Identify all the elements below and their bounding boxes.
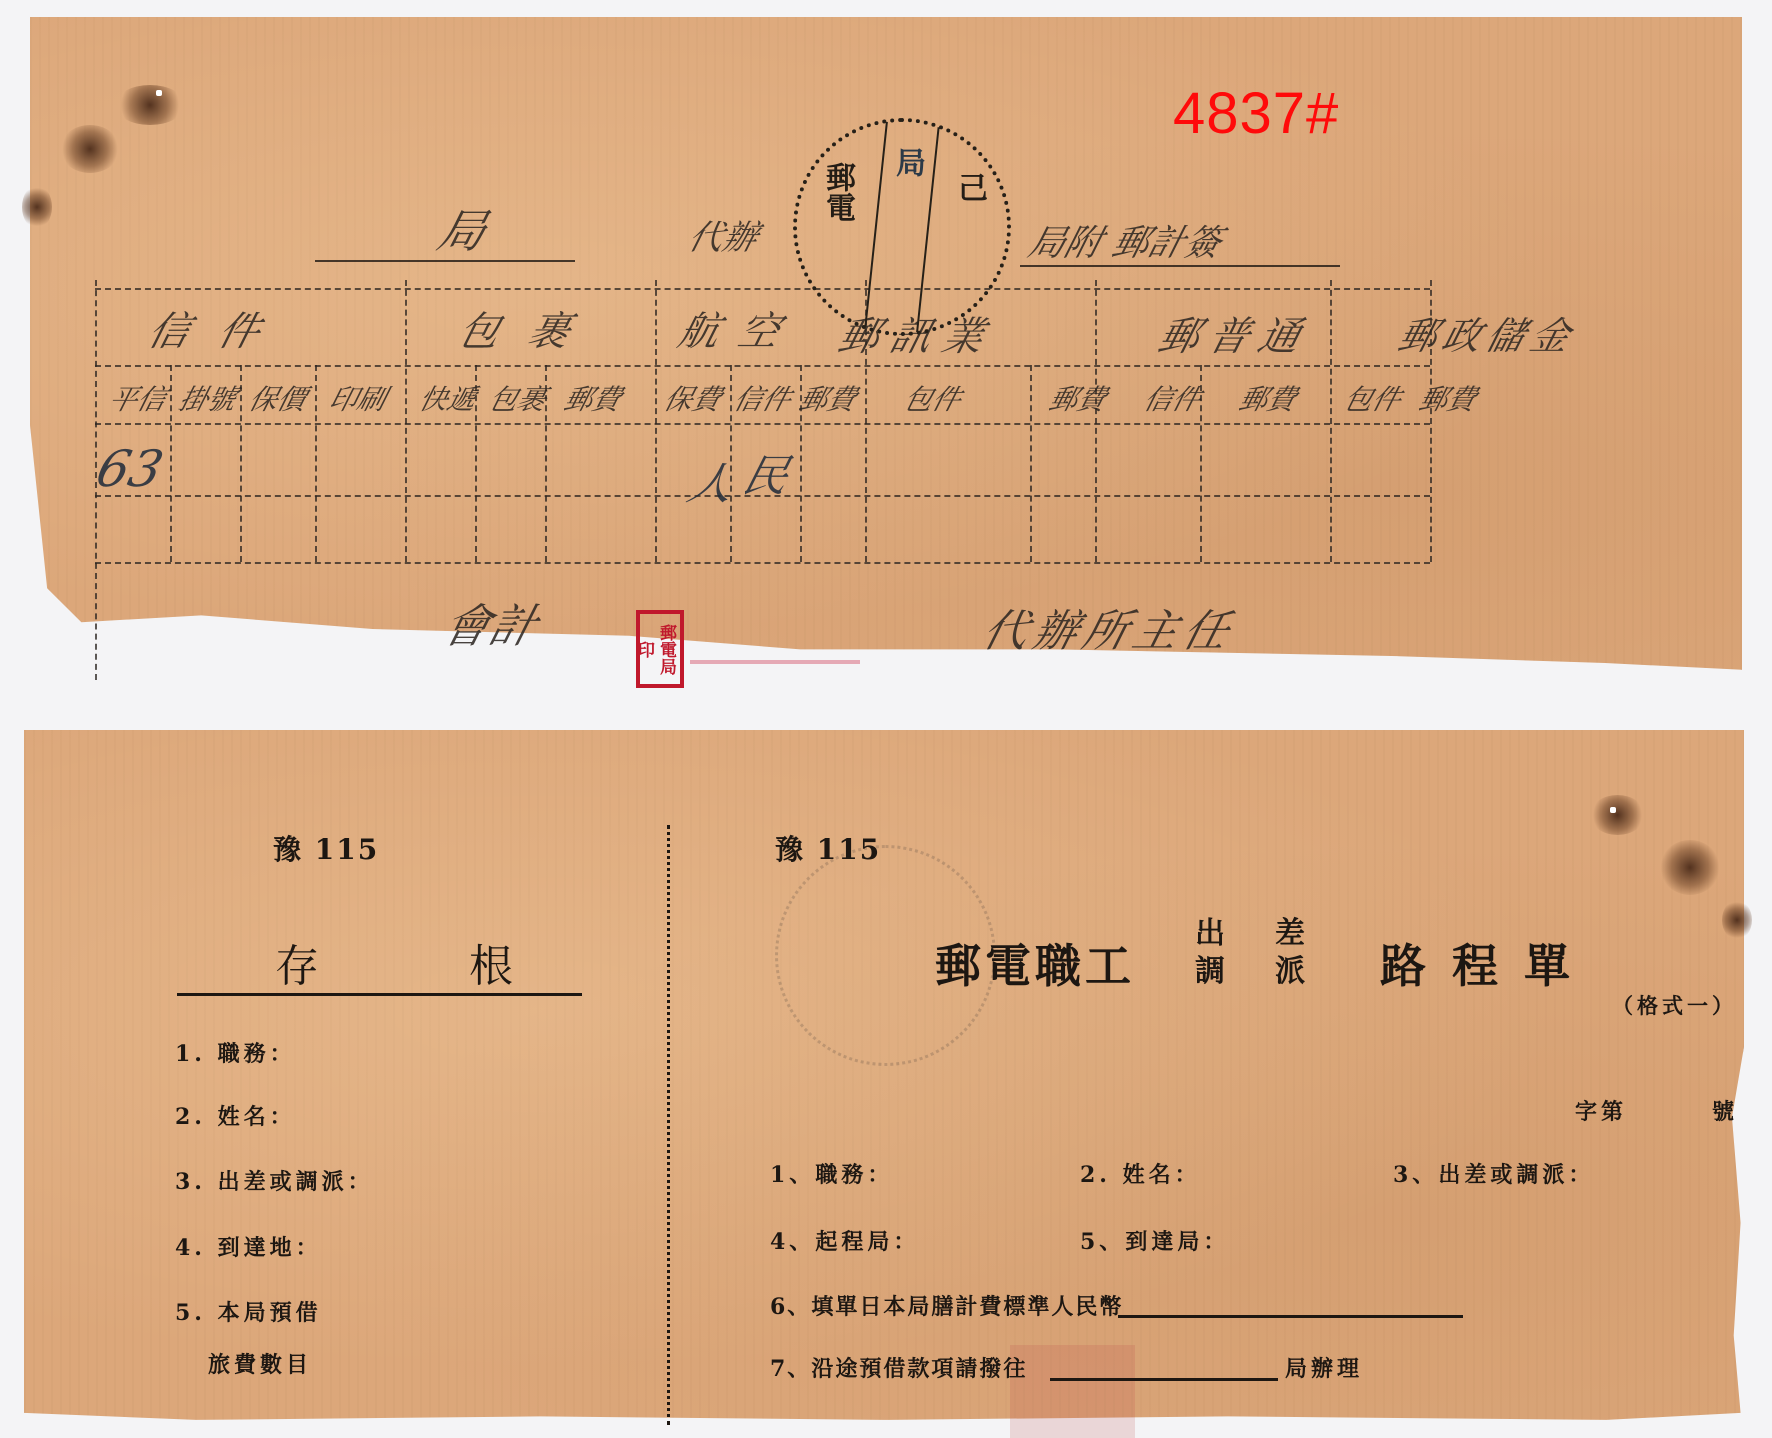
form-title-stack-1: 出調 (1195, 915, 1225, 991)
group-header: 包裹 (453, 300, 607, 357)
advance-office-suffix: 局辦理 (1285, 1352, 1363, 1383)
form-field-advance-office: 7、沿途預借款項請撥往 (770, 1352, 1027, 1383)
form-field-duty: 1、職務： (770, 1158, 893, 1189)
sub-header: 保費 (660, 378, 726, 418)
stub-field-destination: 4. 到達地： (175, 1231, 322, 1262)
pin-hole (156, 90, 162, 96)
serial-label-right: 號 (1712, 1095, 1738, 1126)
sub-header: 信件 (1140, 378, 1206, 418)
meal-allowance-blank[interactable] (1118, 1315, 1463, 1318)
sub-header: 包件 (1340, 378, 1406, 418)
form-field-name: 2. 姓名： (1080, 1158, 1201, 1189)
form-title-prefix: 郵電職工 (935, 930, 1135, 996)
sub-header: 郵費 (560, 378, 626, 418)
group-header: 信件 (143, 300, 297, 357)
advance-office-blank[interactable] (1050, 1378, 1278, 1381)
header-rule (315, 260, 575, 262)
sub-header: 包裹 (485, 378, 551, 418)
sub-header: 快遞 (415, 378, 481, 418)
rust-stain (60, 125, 120, 173)
stub-field-name: 2. 姓名： (175, 1100, 296, 1131)
stub-field-advance-line2: 旅費數目 (208, 1348, 312, 1379)
form-field-destination-office: 5、到達局： (1080, 1225, 1229, 1256)
group-header: 航空 (673, 300, 807, 357)
sub-header: 郵費 (1235, 378, 1301, 418)
agency-director-signature: 代辦所主任 (977, 595, 1243, 659)
sub-header: 印刷 (325, 378, 391, 418)
sub-header: 平信 (105, 378, 171, 418)
accountant-signature: 會計 (437, 590, 545, 656)
form-code: 豫 115 (775, 828, 881, 868)
stub-title: 存根 (275, 930, 513, 994)
faint-red-stamp (1010, 1345, 1135, 1438)
form-field-trip-type: 3、出差或調派： (1393, 1158, 1594, 1189)
sub-header: 保價 (245, 378, 311, 418)
rust-stain (1722, 900, 1752, 940)
sub-header: 信件 (730, 378, 796, 418)
sub-header: 掛號 (175, 378, 241, 418)
red-seal: 郵電局印 (636, 610, 684, 688)
perforation-line[interactable] (667, 825, 670, 1425)
form-field-meal-allowance: 6、填單日本局膳計費標準人民幣 (770, 1290, 1123, 1321)
header-middle-handwriting: 代辦 (684, 210, 764, 259)
stub-field-trip-type: 3. 出差或調派： (175, 1165, 374, 1196)
header-right-handwriting: 局附 郵計簽 (1024, 215, 1228, 266)
header-right-rule (1020, 265, 1340, 267)
form-field-origin-office: 4、起程局： (770, 1225, 919, 1256)
seal-smear (690, 660, 860, 664)
group-header: 郵普通 (1153, 305, 1317, 362)
stub-field-advance: 5. 本局預借 (175, 1296, 322, 1327)
stub-title-rule (177, 993, 582, 996)
sub-header: 包件 (900, 378, 966, 418)
rust-stain (1660, 840, 1720, 895)
circular-postmark: 郵電 局 己 (793, 118, 1011, 336)
format-label: （格式一） (1612, 990, 1737, 1020)
rust-stain (22, 185, 52, 229)
sub-header: 郵費 (1415, 378, 1481, 418)
stub-field-duty: 1. 職務： (175, 1037, 296, 1068)
rust-stain (1590, 795, 1645, 835)
form-title-suffix: 路程單 (1380, 930, 1596, 996)
form-title-stack-2: 差派 (1275, 915, 1305, 991)
stub-code: 豫 115 (273, 828, 379, 868)
lot-number-label: 4837# (1173, 80, 1339, 147)
group-header: 郵政儲金 (1393, 305, 1583, 360)
rust-stain (115, 85, 185, 125)
pin-hole (1610, 807, 1616, 813)
serial-label-left: 字第 (1575, 1095, 1627, 1126)
sub-header: 郵費 (795, 378, 861, 418)
sub-header: 郵費 (1045, 378, 1111, 418)
